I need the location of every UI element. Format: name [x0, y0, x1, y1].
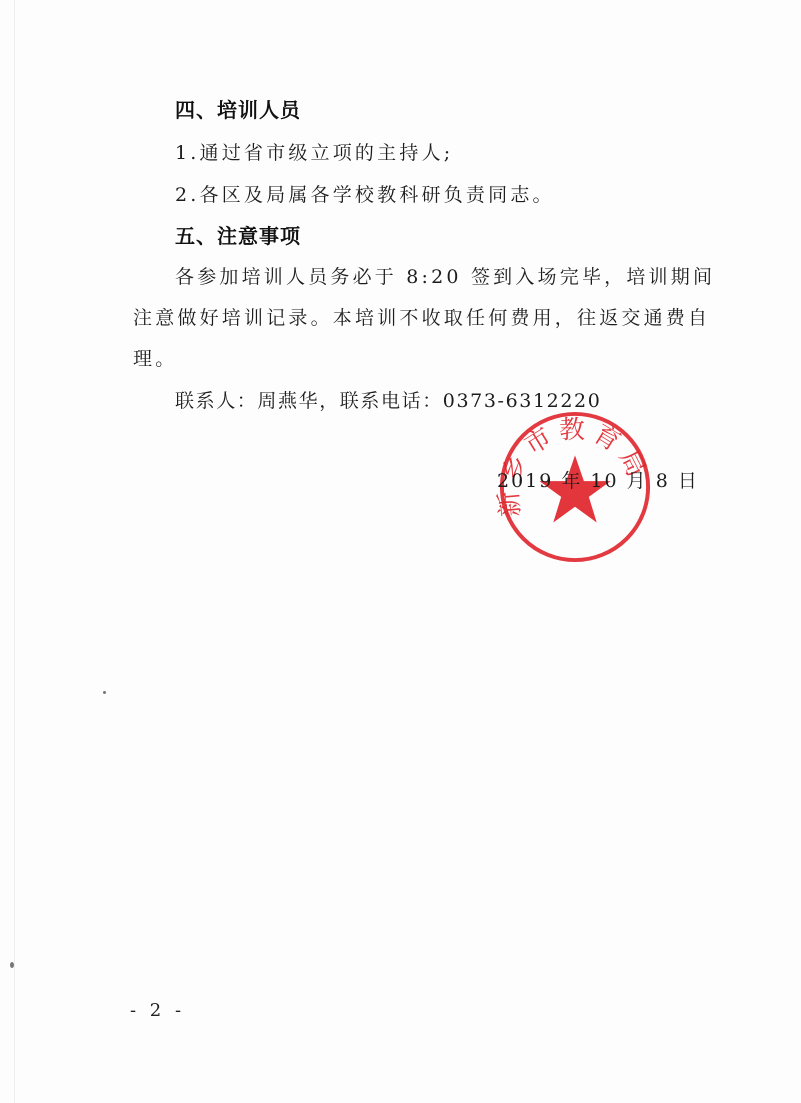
section-5-line-3: 理。 [133, 344, 177, 371]
section-4-heading: 四、培训人员 [175, 94, 301, 123]
section-4-item-2: 2.各区及局属各学校教科研负责同志。 [175, 180, 555, 207]
scan-speck [10, 962, 14, 968]
section-5-line-1: 各参加培训人员务必于 8:20 签到入场完毕，培训期间 [175, 262, 715, 289]
page-number: - 2 - [130, 1000, 185, 1021]
signature-date: 2019 年 10 月 8 日 [497, 466, 699, 493]
scan-speck [103, 691, 106, 694]
section-5-line-2: 注意做好培训记录。本培训不收取任何费用，往返交通费自 [133, 303, 710, 330]
section-5-heading: 五、注意事项 [175, 220, 301, 249]
section-4-item-1: 1.通过省市级立项的主持人; [175, 138, 453, 165]
page-edge [14, 0, 15, 1103]
